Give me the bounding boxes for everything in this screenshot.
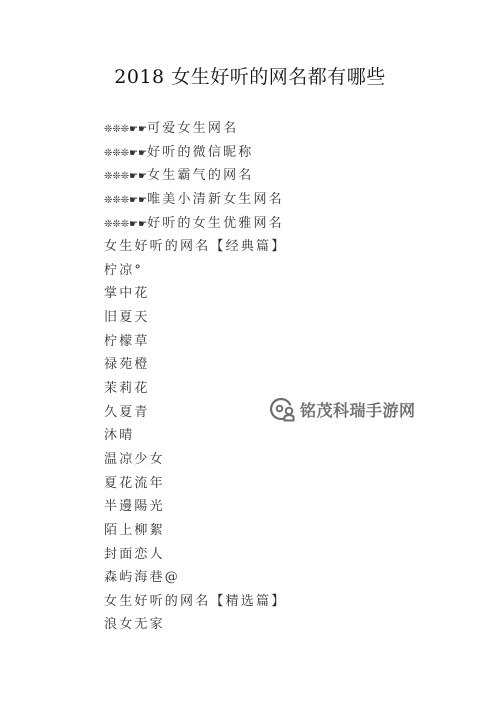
name-item: 柠凉° xyxy=(104,259,424,283)
toc-item-label: 好听的微信昵称 xyxy=(147,145,253,160)
toc-item[interactable]: ❊❊❊☛☛可爱女生网名 xyxy=(104,117,424,141)
toc-item[interactable]: ❊❊❊☛☛唯美小清新女生网名 xyxy=(104,188,424,212)
section-heading-selected: 女生好听的网名【精选篇】 xyxy=(104,590,424,614)
name-item: 陌上柳絮 xyxy=(104,519,424,543)
name-item: 夏花流年 xyxy=(104,472,424,496)
bullet-decoration-icon: ❊❊❊☛☛ xyxy=(104,148,147,159)
document-page: 2018 女生好听的网名都有哪些 ❊❊❊☛☛可爱女生网名 ❊❊❊☛☛好听的微信昵… xyxy=(0,0,500,707)
bullet-decoration-icon: ❊❊❊☛☛ xyxy=(104,171,147,182)
toc-item-label: 好听的女生优雅网名 xyxy=(147,216,284,231)
name-item: 森屿海巷@ xyxy=(104,566,424,590)
bullet-decoration-icon: ❊❊❊☛☛ xyxy=(104,195,147,206)
watermark: 铭茂科瑞手游网 xyxy=(268,394,416,424)
toc-item-label: 唯美小清新女生网名 xyxy=(147,192,284,207)
name-item: 禄苑橙 xyxy=(104,353,424,377)
name-item: 温凉少女 xyxy=(104,448,424,472)
watermark-text: 铭茂科瑞手游网 xyxy=(300,398,416,421)
name-item: 掌中花 xyxy=(104,282,424,306)
name-item: 旧夏天 xyxy=(104,306,424,330)
name-item: 半邊陽光 xyxy=(104,495,424,519)
toc-item[interactable]: ❊❊❊☛☛好听的女生优雅网名 xyxy=(104,212,424,236)
name-item: 沐晴 xyxy=(104,424,424,448)
game-disc-icon xyxy=(268,395,296,423)
toc-item[interactable]: ❊❊❊☛☛好听的微信昵称 xyxy=(104,141,424,165)
name-item: 封面恋人 xyxy=(104,543,424,567)
bullet-decoration-icon: ❊❊❊☛☛ xyxy=(104,219,147,230)
section-heading-classic: 女生好听的网名【经典篇】 xyxy=(104,235,424,259)
toc-item-label: 可爱女生网名 xyxy=(147,121,238,136)
toc-item-label: 女生霸气的网名 xyxy=(147,168,253,183)
page-title: 2018 女生好听的网名都有哪些 xyxy=(0,62,500,89)
bullet-decoration-icon: ❊❊❊☛☛ xyxy=(104,124,147,135)
document-body: ❊❊❊☛☛可爱女生网名 ❊❊❊☛☛好听的微信昵称 ❊❊❊☛☛女生霸气的网名 ❊❊… xyxy=(104,117,424,637)
name-item: 柠檬草 xyxy=(104,330,424,354)
name-item: 浪女无家 xyxy=(104,613,424,637)
toc-item[interactable]: ❊❊❊☛☛女生霸气的网名 xyxy=(104,164,424,188)
